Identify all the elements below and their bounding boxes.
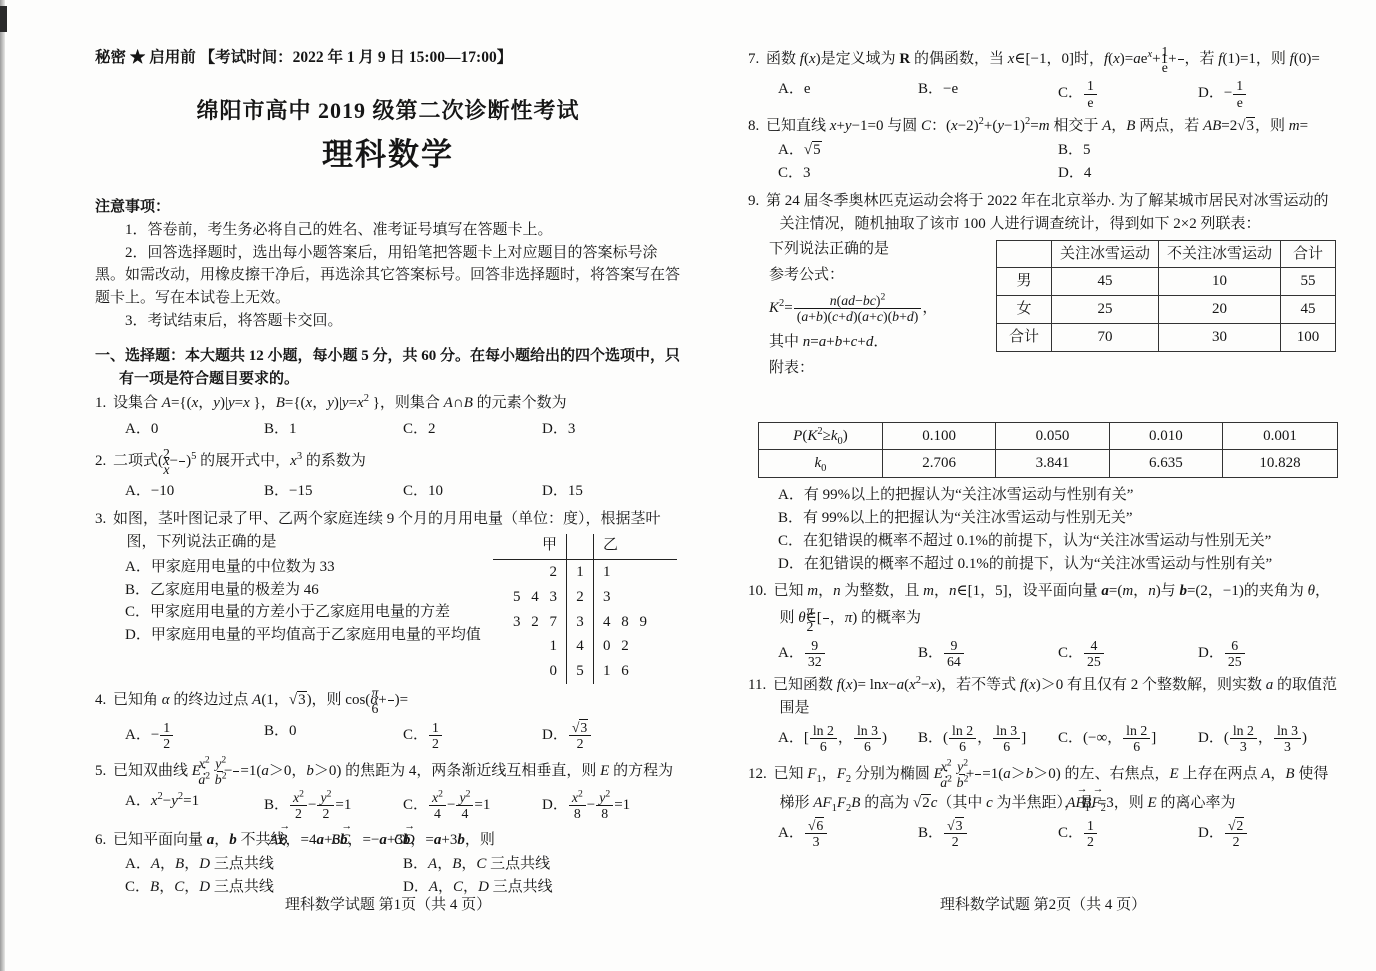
formula-label: 参考公式： — [769, 264, 1004, 287]
header-blank — [996, 240, 1051, 268]
option-d: D．4 — [1058, 162, 1338, 185]
cell: 45 — [1281, 296, 1336, 324]
option-c: C．(−∞，ln 26] — [1058, 723, 1198, 754]
page-2-footer: 理科数学试题 第2页（共 4 页） — [748, 894, 1338, 917]
option-a: A．有 99%以上的把握认为“关注冰雪运动与性别有关” — [778, 484, 1338, 507]
question-number: 2. — [95, 453, 106, 469]
header-follow: 关注冰雪运动 — [1051, 240, 1158, 268]
leaf-right: 3 — [594, 585, 678, 610]
stem-leaf-row: 0 5 1 6 — [493, 659, 677, 684]
option-c: C．12 — [403, 720, 542, 751]
option-a: A．A，B，D 三点共线 — [125, 853, 403, 876]
option-b: B．−15 — [264, 480, 403, 503]
leaf-right: 1 — [594, 560, 678, 585]
k0-value: 2.706 — [882, 450, 995, 478]
stem-leaf-row: 3 2 7 3 4 8 9 — [493, 610, 677, 635]
header-total: 合计 — [1281, 240, 1336, 268]
page-1-footer: 理科数学试题 第1页（共 4 页） — [95, 894, 681, 917]
question-3-options: A．甲家庭用电量的中位数为 33 B．乙家庭用电量的极差为 46 C．甲家庭用电… — [95, 556, 525, 647]
question-12-stem: 12.已知 F1，F2 分别为椭圆 E：x2a2+y2b2=1(a＞b＞0) 的… — [748, 759, 1338, 815]
k0-label: k0 — [759, 450, 883, 478]
appendix-label: 附表： — [769, 357, 1004, 380]
option-b: B．A，B，C 三点共线 — [403, 853, 681, 876]
cell: 30 — [1158, 324, 1280, 352]
question-number: 3. — [95, 511, 106, 527]
option-b: B．(ln 26，ln 36] — [918, 723, 1058, 754]
p-value: 0.001 — [1223, 422, 1338, 450]
question-number: 11. — [748, 677, 766, 693]
question-4-stem: 4.已知角 α 的终边过点 A(1，√3)，则 cos(α+π6)= — [95, 685, 681, 716]
question-2: 2.二项式(x−2x)5 的展开式中，x3 的系数为 A．−10 B．−15 C… — [95, 446, 681, 503]
leaf-left: 3 2 7 — [493, 610, 567, 635]
question-6-options: A．A，B，D 三点共线 B．A，B，C 三点共线 C．B，C，D 三点共线 D… — [95, 853, 681, 899]
question-8: 8.已知直线 x+y−1=0 与圆 C：(x−2)2+(y−1)2=m 相交于 … — [748, 115, 1338, 185]
k0-value: 3.841 — [996, 450, 1109, 478]
n-definition: 其中 n=a+b+c+d． — [769, 331, 1004, 354]
exam-subtitle: 理科数学 — [95, 131, 681, 178]
question-10-stem: 10.已知 m，n 为整数，且 m，n∈[1，5]，设平面向量 a=(m，n)与… — [748, 580, 1338, 634]
notice-item-3: 3．考试结束后，将答题卡交回。 — [95, 310, 681, 333]
critical-value-table: P(K2≥k0) 0.100 0.050 0.010 0.001 k0 2.70… — [758, 422, 1338, 479]
row-label: 女 — [996, 296, 1051, 324]
option-a: A．[ln 26，ln 36) — [778, 723, 918, 754]
cell: 25 — [1051, 296, 1158, 324]
page-1: 秘密 ★ 启用前 【考试时间：2022 年 1 月 9 日 15:00—17:0… — [95, 0, 681, 971]
question-9-left-text: 下列说法正确的是 参考公式： K2=n(ad−bc)2(a+b)(c+d)(a+… — [748, 238, 1004, 381]
option-d: D．3 — [542, 418, 681, 441]
option-d: D．甲家庭用电量的平均值高于乙家庭用电量的平均值 — [125, 624, 525, 647]
stem-value: 4 — [567, 634, 594, 659]
k-squared-formula: K2=n(ad−bc)2(a+b)(c+d)(a+c)(b+d)， — [769, 293, 1004, 324]
option-d: D．x28−y28=1 — [542, 790, 681, 821]
option-d: D．√22 — [1198, 818, 1338, 849]
option-a: A．932 — [778, 638, 918, 669]
question-number: 10. — [748, 583, 767, 599]
row-label: 男 — [996, 268, 1051, 296]
question-1-stem: 1.设集合 A={(x，y)|y=x }，B={(x，y)|y=x2 }，则集合… — [95, 392, 681, 415]
cell: 100 — [1281, 324, 1336, 352]
option-c: C．3 — [778, 162, 1058, 185]
option-b: B．x22−y22=1 — [264, 790, 403, 821]
page-2: 7.函数 f(x)是定义域为 R 的偶函数，当 x∈[−1，0]时，f(x)=a… — [748, 0, 1338, 971]
option-a: A．√63 — [778, 818, 918, 849]
k0-value: 6.635 — [1109, 450, 1222, 478]
k0-value: 10.828 — [1223, 450, 1338, 478]
option-a: A．甲家庭用电量的中位数为 33 — [125, 556, 525, 579]
p-k2-label: P(K2≥k0) — [759, 422, 883, 450]
p-value: 0.010 — [1109, 422, 1222, 450]
stem-leaf-stem-header — [567, 534, 594, 559]
p-value: 0.050 — [996, 422, 1109, 450]
option-b: B．0 — [264, 720, 403, 751]
question-number: 8. — [748, 118, 759, 134]
question-1-options: A．0 B．1 C．2 D．3 — [95, 418, 681, 441]
contingency-header-row: 关注冰雪运动 不关注冰雪运动 合计 — [996, 240, 1335, 268]
question-12: 12.已知 F1，F2 分别为椭圆 E：x2a2+y2b2=1(a＞b＞0) 的… — [748, 759, 1338, 849]
question-7-options: A．e B．−e C．1e D．−1e — [748, 78, 1338, 109]
option-d: D．625 — [1198, 638, 1338, 669]
question-10-options: A．932 B．964 C．425 D．625 — [748, 638, 1338, 669]
question-number: 6. — [95, 832, 106, 848]
option-b: B．√32 — [918, 818, 1058, 849]
option-a: A．0 — [125, 418, 264, 441]
question-7-stem: 7.函数 f(x)是定义域为 R 的偶函数，当 x∈[−1，0]时，f(x)=a… — [748, 44, 1338, 75]
stem-leaf-plot: 甲 乙 2 1 1 5 4 3 2 3 — [493, 534, 677, 684]
option-c: C．甲家庭用电量的方差小于乙家庭用电量的方差 — [125, 601, 525, 624]
leaf-left: 0 — [493, 659, 567, 684]
option-a: A．e — [778, 78, 918, 109]
stem-leaf-row: 2 1 1 — [493, 560, 677, 585]
option-d: D．√32 — [542, 720, 681, 751]
option-c: C．12 — [1058, 818, 1198, 849]
notice-section: 注意事项： 1．答卷前，考生务必将自己的姓名、准考证号填写在答题卡上。 2．回答… — [95, 196, 681, 333]
question-5-options: A．x2−y2=1 B．x22−y22=1 C．x24−y24=1 D．x28−… — [95, 790, 681, 821]
option-a: A．√5 — [778, 139, 1058, 162]
header-not-follow: 不关注冰雪运动 — [1158, 240, 1280, 268]
stem-leaf-row: 1 4 0 2 — [493, 634, 677, 659]
question-number: 5. — [95, 763, 106, 779]
option-a: A．−12 — [125, 720, 264, 751]
contingency-table: 关注冰雪运动 不关注冰雪运动 合计 男 45 10 55 — [996, 240, 1336, 352]
question-11: 11.已知函数 f(x)= lnx−a(x2−x)，若不等式 f(x)＞0 有且… — [748, 674, 1338, 754]
question-7: 7.函数 f(x)是定义域为 R 的偶函数，当 x∈[−1，0]时，f(x)=a… — [748, 44, 1338, 110]
question-number: 12. — [748, 766, 767, 782]
claim-line: 下列说法正确的是 — [769, 238, 1004, 261]
option-d: D．15 — [542, 480, 681, 503]
option-b: B．有 99%以上的把握认为“关注冰雪运动与性别无关” — [778, 507, 1338, 530]
option-c: C．1e — [1058, 78, 1198, 109]
cell: 55 — [1281, 268, 1336, 296]
question-10: 10.已知 m，n 为整数，且 m，n∈[1，5]，设平面向量 a=(m，n)与… — [748, 580, 1338, 668]
question-6-stem: 6.已知平面向量 a，b 不共线，→AB=4a+6b，→BC=−a+3b，→CD… — [95, 827, 681, 852]
question-8-options: A．√5 B．5 C．3 D．4 — [748, 139, 1338, 185]
critical-table-row-k0: k0 2.706 3.841 6.635 10.828 — [759, 450, 1338, 478]
question-5: 5.已知双曲线 E：x2a2−y2b2=1(a＞0，b＞0) 的焦距为 4，两条… — [95, 756, 681, 822]
stem-value: 2 — [567, 585, 594, 610]
question-9-options: A．有 99%以上的把握认为“关注冰雪运动与性别有关” B．有 99%以上的把握… — [748, 484, 1338, 575]
stem-value: 5 — [567, 659, 594, 684]
leaf-left: 5 4 3 — [493, 585, 567, 610]
question-5-stem: 5.已知双曲线 E：x2a2−y2b2=1(a＞0，b＞0) 的焦距为 4，两条… — [95, 756, 681, 787]
question-4: 4.已知角 α 的终边过点 A(1，√3)，则 cos(α+π6)= A．−12… — [95, 685, 681, 751]
notice-heading: 注意事项： — [95, 196, 681, 219]
classification-header: 秘密 ★ 启用前 【考试时间：2022 年 1 月 9 日 15:00—17:0… — [95, 46, 681, 70]
cell: 20 — [1158, 296, 1280, 324]
question-number: 4. — [95, 692, 106, 708]
cell: 70 — [1051, 324, 1158, 352]
option-c: C．10 — [403, 480, 542, 503]
leaf-right: 4 8 9 — [594, 610, 678, 635]
option-d: D．在犯错误的概率不超过 0.1%的前提下，认为“关注冰雪运动与性别有关” — [778, 553, 1338, 576]
option-a: A．x2−y2=1 — [125, 790, 264, 821]
question-9-body: 下列说法正确的是 参考公式： K2=n(ad−bc)2(a+b)(c+d)(a+… — [748, 238, 1338, 420]
question-11-stem: 11.已知函数 f(x)= lnx−a(x2−x)，若不等式 f(x)＞0 有且… — [748, 674, 1338, 720]
question-3: 3.如图，茎叶图记录了甲、乙两个家庭连续 9 个月的月用电量（单位：度），根据茎… — [95, 508, 681, 680]
contingency-row: 合计 70 30 100 — [996, 324, 1335, 352]
option-d: D．−1e — [1198, 78, 1338, 109]
question-number: 9. — [748, 193, 759, 209]
option-c: C．2 — [403, 418, 542, 441]
stem-value: 1 — [567, 560, 594, 585]
stem-leaf-left-title: 甲 — [493, 534, 567, 559]
question-1: 1.设集合 A={(x，y)|y=x }，B={(x，y)|y=x2 }，则集合… — [95, 392, 681, 441]
question-9-stem: 9.第 24 届冬季奥林匹克运动会将于 2022 年在北京举办. 为了解某城市居… — [748, 190, 1338, 236]
option-d: D．(ln 23，ln 33) — [1198, 723, 1338, 754]
question-12-options: A．√63 B．√32 C．12 D．√22 — [748, 818, 1338, 849]
stem-value: 3 — [567, 610, 594, 635]
stem-leaf-right-title: 乙 — [594, 534, 678, 559]
option-b: B．5 — [1058, 139, 1338, 162]
contingency-row: 男 45 10 55 — [996, 268, 1335, 296]
question-2-stem: 2.二项式(x−2x)5 的展开式中，x3 的系数为 — [95, 446, 681, 477]
option-c: C．在犯错误的概率不超过 0.1%的前提下，认为“关注冰雪运动与性别无关” — [778, 530, 1338, 553]
p-value: 0.100 — [882, 422, 995, 450]
option-b: B．1 — [264, 418, 403, 441]
question-9: 9.第 24 届冬季奥林匹克运动会将于 2022 年在北京举办. 为了解某城市居… — [748, 190, 1338, 575]
row-label: 合计 — [996, 324, 1051, 352]
question-2-options: A．−10 B．−15 C．10 D．15 — [95, 480, 681, 503]
option-c: C．425 — [1058, 638, 1198, 669]
notice-item-1: 1．答卷前，考生务必将自己的姓名、准考证号填写在答题卡上。 — [95, 219, 681, 242]
option-b: B．964 — [918, 638, 1058, 669]
critical-table-row-p: P(K2≥k0) 0.100 0.050 0.010 0.001 — [759, 422, 1338, 450]
question-11-options: A．[ln 26，ln 36) B．(ln 26，ln 36] C．(−∞，ln… — [748, 723, 1338, 754]
option-b: B．乙家庭用电量的极差为 46 — [125, 579, 525, 602]
scan-corner-mark — [0, 6, 7, 32]
cell: 10 — [1158, 268, 1280, 296]
leaf-right: 0 2 — [594, 634, 678, 659]
question-6: 6.已知平面向量 a，b 不共线，→AB=4a+6b，→BC=−a+3b，→CD… — [95, 827, 681, 899]
question-number: 7. — [748, 51, 759, 67]
scan-edge-artifact — [0, 0, 5, 971]
question-number: 1. — [95, 395, 106, 411]
exam-title: 绵阳市高中 2019 级第二次诊断性考试 — [95, 94, 681, 127]
question-8-stem: 8.已知直线 x+y−1=0 与圆 C：(x−2)2+(y−1)2=m 相交于 … — [748, 115, 1338, 138]
leaf-left: 2 — [493, 560, 567, 585]
option-b: B．−e — [918, 78, 1058, 109]
section-1-heading: 一、选择题：本大题共 12 小题，每小题 5 分，共 60 分。在每小题给出的四… — [95, 345, 681, 391]
stem-leaf-row: 5 4 3 2 3 — [493, 585, 677, 610]
option-a: A．−10 — [125, 480, 264, 503]
leaf-right: 1 6 — [594, 659, 678, 684]
cell: 45 — [1051, 268, 1158, 296]
question-4-options: A．−12 B．0 C．12 D．√32 — [95, 720, 681, 751]
contingency-row: 女 25 20 45 — [996, 296, 1335, 324]
option-c: C．x24−y24=1 — [403, 790, 542, 821]
notice-item-2: 2．回答选择题时，选出每小题答案后，用铅笔把答题卡上对应题目的答案标号涂黑。如需… — [95, 242, 681, 310]
leaf-left: 1 — [493, 634, 567, 659]
